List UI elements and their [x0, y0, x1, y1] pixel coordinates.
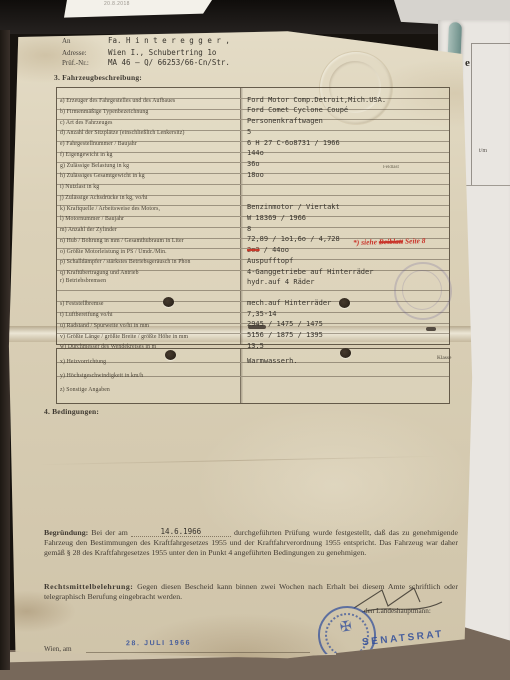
begruendung-paragraph: Begründung: Bei der am 14.6.1966 durchge…	[44, 528, 458, 558]
table-row-u: u) Radstand / Spurweite vo/hi in mm 2945…	[57, 312, 449, 323]
white-page-text-fragment: e	[465, 58, 470, 69]
white-page-unit-fragment: t/m	[479, 148, 487, 154]
paper-crease	[38, 456, 438, 465]
table-row-h: h) Zulässiges Gesamtgewicht in kg 18oo F…	[57, 162, 449, 173]
table-row-o: o) Größte Motorleistung in PS / Umdr./Mi…	[57, 238, 449, 249]
table-row-j: j) Zulässige Achsdrücke in kg, vo/hi	[57, 184, 449, 195]
punch-hole	[340, 348, 351, 358]
table-row-q: q) Kraftübertragung und Antrieb 4-Gangge…	[57, 259, 449, 270]
faint-round-stamp	[394, 262, 452, 320]
date-stamp: 28. JULI 1966	[126, 640, 191, 648]
recipient-label: An	[62, 38, 71, 45]
rechtsmittel-label: Rechtsmittelbelehrung:	[44, 582, 133, 591]
table-row-c: c) Art des Fahrzeuges Personenkraftwagen	[57, 109, 449, 120]
table-row-n: n) Hub / Bohrung in mm / Gesamthubraum i…	[57, 227, 449, 238]
punch-hole	[165, 350, 176, 360]
table-row-x: x) Heizvorrichtung Warmwasserh. Klasse	[57, 349, 449, 362]
white-page-rule	[466, 185, 510, 186]
document-page: An Fa. H i n t e r e g g e r , Adresse: …	[8, 30, 474, 662]
xyz-table: x) Heizvorrichtung Warmwasserh. Klasse y…	[56, 348, 450, 404]
table-row-r: r) Betriebsbremsen hydr.auf 4 Räder	[57, 270, 449, 291]
punch-hole	[163, 297, 174, 307]
feldlast-note: Feldlast	[383, 165, 399, 170]
pruef-nr-label: Prüf.-Nr.:	[62, 60, 89, 67]
row-label: r) Betriebsbremsen	[60, 278, 106, 285]
table-row-a: a) Erzeuger des Fahrgestelles und des Au…	[57, 88, 449, 98]
table-row-z: z) Sonstige Angaben	[57, 376, 449, 403]
vehicle-description-table: a) Erzeuger des Fahrgestelles und des Au…	[56, 87, 450, 345]
table-row-m: m) Anzahl der Zylinder 8	[57, 216, 449, 227]
red-note-pre: *) siehe	[353, 237, 377, 247]
left-shadow-edge	[0, 30, 10, 670]
row-value: hydr.auf 4 Räder	[247, 278, 314, 286]
table-row-y: y) Höchstgeschwindigkeit in km/h	[57, 362, 449, 376]
faint-round-stamp-inner	[402, 270, 442, 310]
klasse-note: Klasse	[437, 356, 451, 361]
table-row-l: l) Motornummer / Baujahr W 18369 / 1966	[57, 205, 449, 216]
begruendung-pre: Bei der am	[88, 528, 131, 537]
table-row-v: v) Größte Länge / größte Breite / größte…	[57, 323, 449, 334]
pruef-nr-value: MA 46 — Q/ 66253/66-Cn/Str.	[108, 59, 230, 67]
table-row-s: s) Feststellbremse mech.auf Hinterräder	[57, 290, 449, 301]
table-row-b: b) Firmenmäßige Typenbezeichnung Ford Co…	[57, 98, 449, 109]
punch-hole	[339, 298, 350, 308]
section4-heading: 4. Bedingungen:	[44, 408, 99, 416]
recipient-value: Fa. H i n t e r e g g e r ,	[108, 37, 230, 45]
table-row-e: e) Fahrgestellnummer / Baujahr 6 H 27 C-…	[57, 130, 449, 141]
scan-date-text: 20.8.2018	[104, 2, 130, 7]
red-handwritten-annotation: *) siehe Beiblatt Seite 8	[353, 237, 426, 246]
inspection-date: 14.6.1966	[131, 528, 231, 537]
begruendung-label: Begründung:	[44, 528, 88, 537]
red-note-struck: Beiblatt	[379, 236, 403, 246]
address-value: Wien I., Schubertring 1o	[108, 49, 216, 57]
table-row-g: g) Zulässige Belastung in kg 36o	[57, 152, 449, 163]
table-row-i: i) Nutzlast in kg	[57, 173, 449, 184]
table-row-p: p) Schalldämpfer / stärkstes Betriebsger…	[57, 248, 449, 259]
wien-am-label: Wien, am	[44, 646, 72, 653]
table-row-k: k) Kraftquelle / Arbeitsweise des Motors…	[57, 195, 449, 206]
table-row-d: d) Anzahl der Sitzplätze (einschließlich…	[57, 119, 449, 130]
section3-heading: 3. Fahrzeugbeschreibung:	[54, 74, 142, 82]
red-note-post: Seite 8	[405, 236, 426, 246]
row-label: z) Sonstige Angaben	[60, 387, 110, 393]
table-row-f: f) Eigengewicht in kg 144o	[57, 141, 449, 152]
address-label: Adresse:	[62, 50, 87, 57]
white-page-box-line	[471, 43, 510, 186]
table-row-t: t) Luftbereifung vo/hi 7,35-14	[57, 301, 449, 312]
date-line	[86, 652, 310, 653]
table-row-w: w) Durchmesser des Wendekreises in m 13,…	[57, 333, 449, 344]
